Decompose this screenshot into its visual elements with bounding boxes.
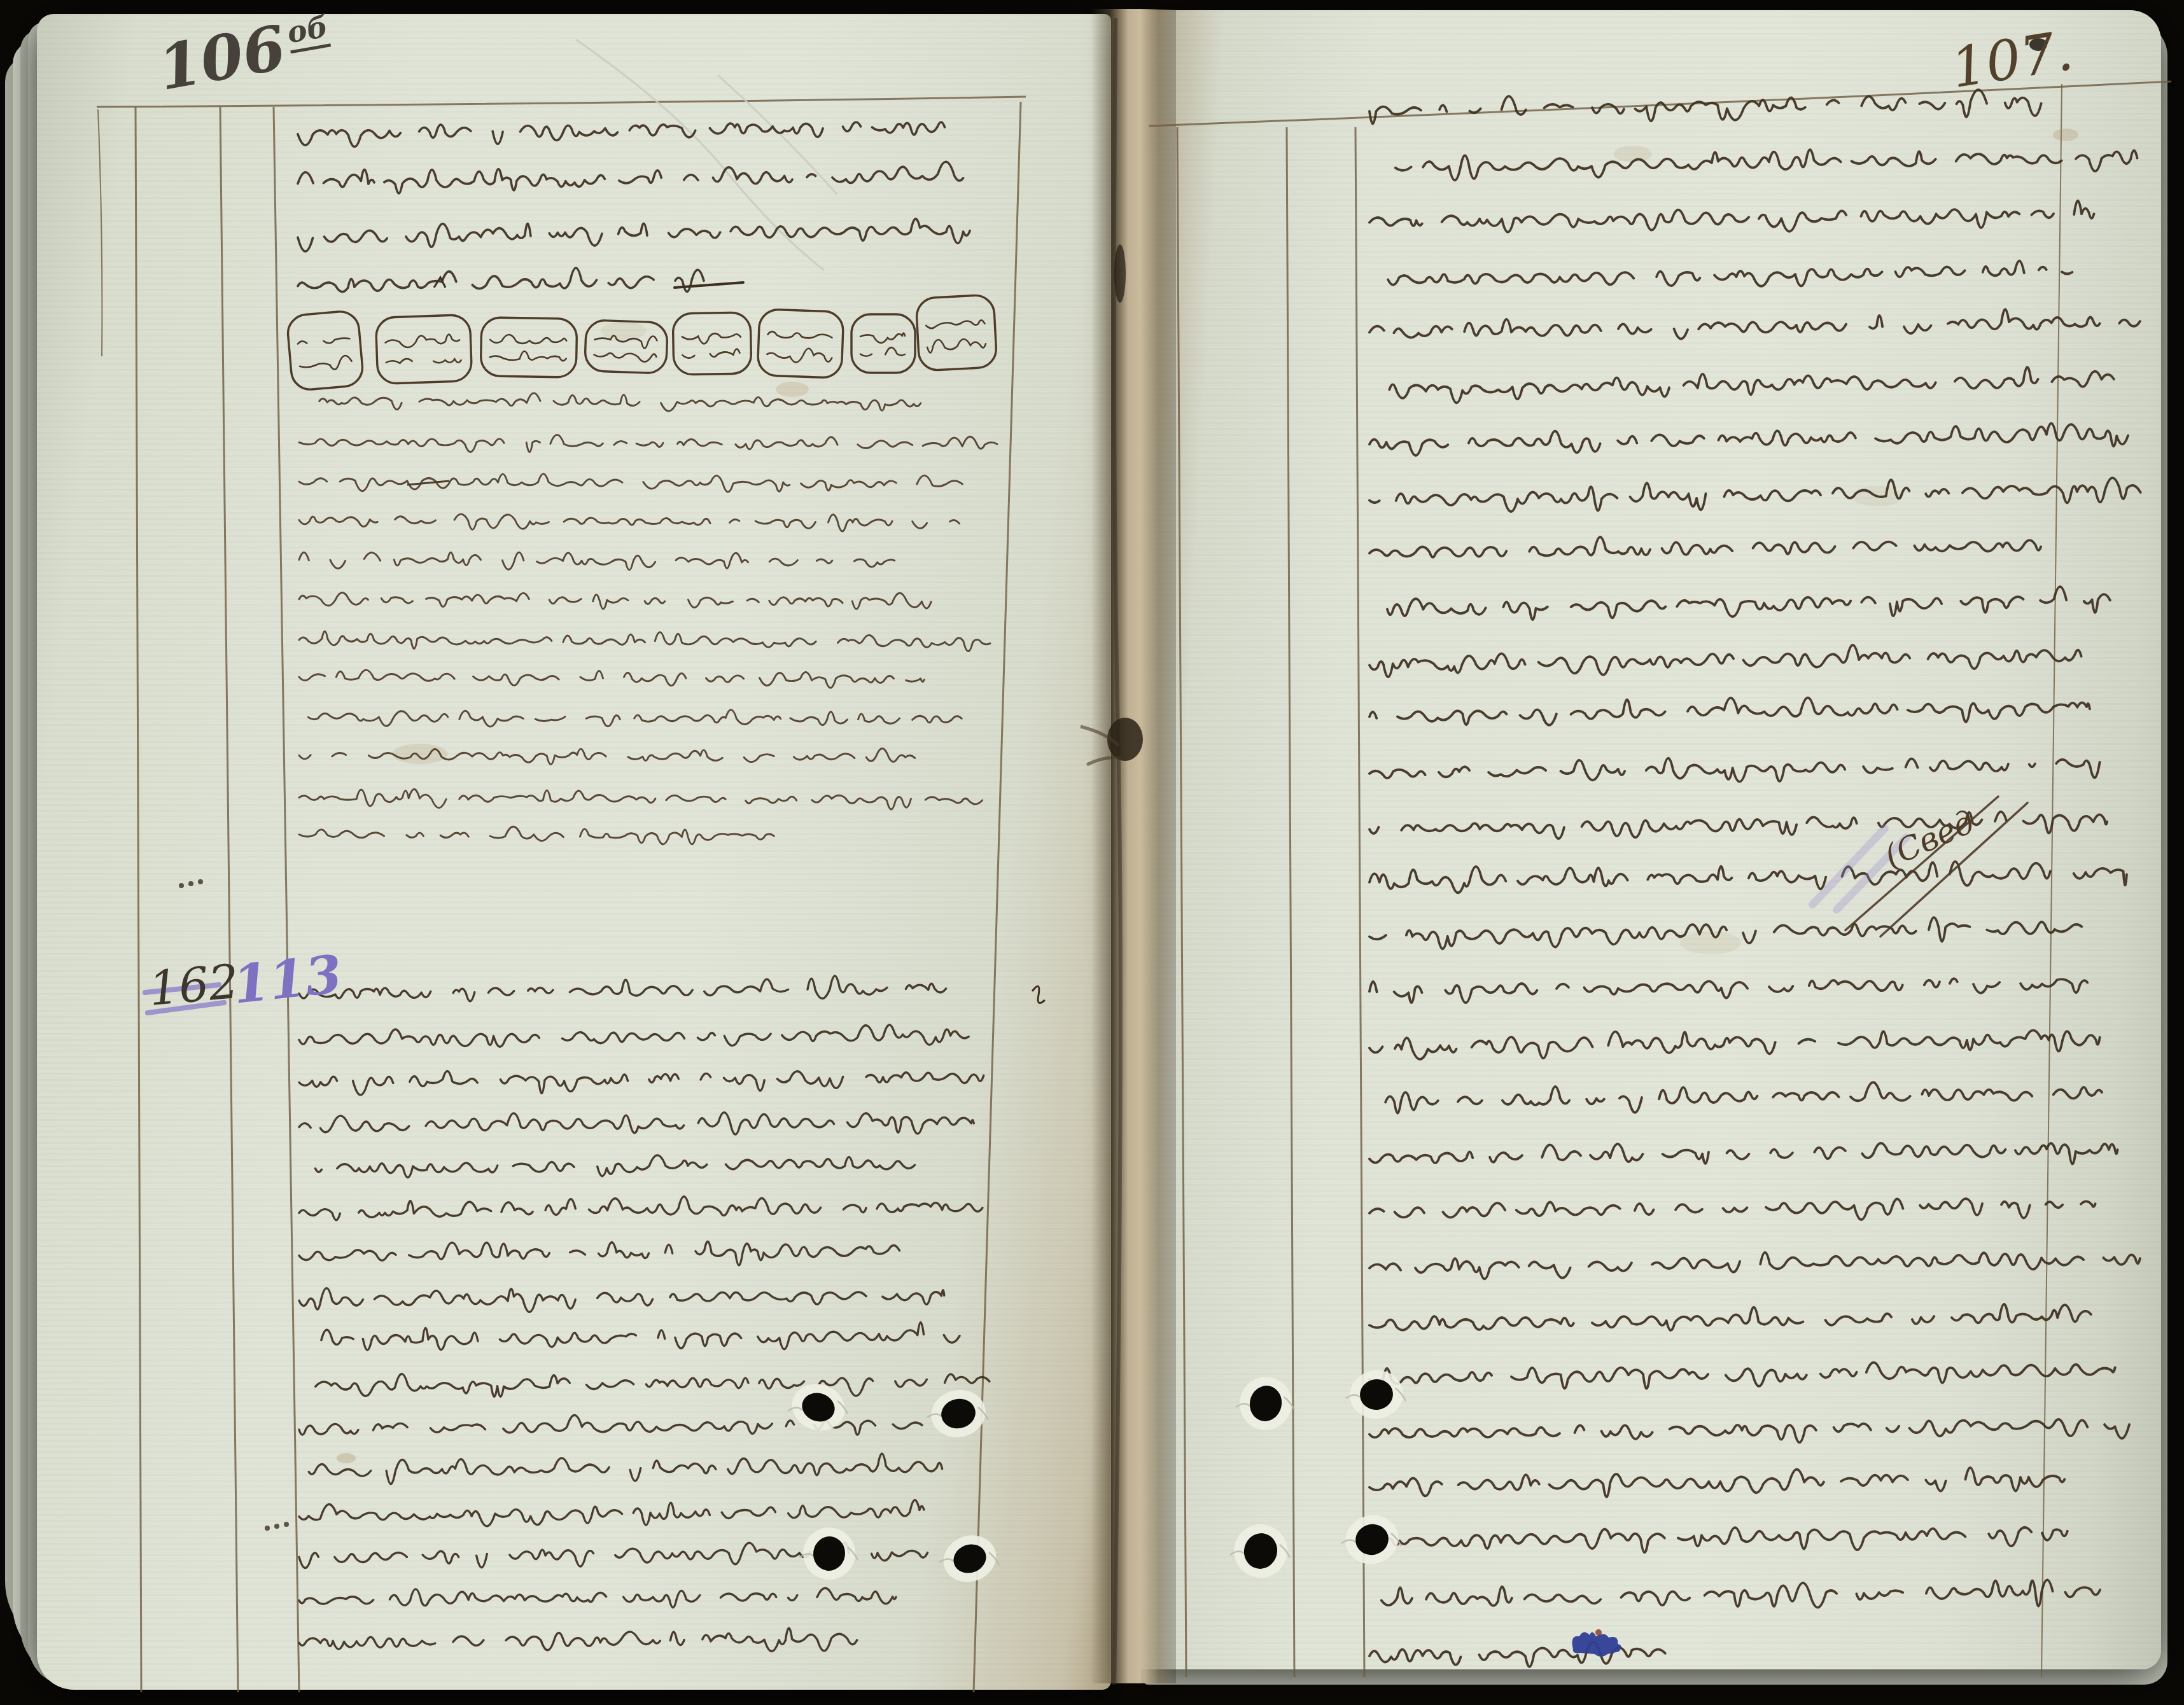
folio-suffix: об [284, 9, 331, 53]
archival-scan-background: { "scan": { "description": "Open bound m… [0, 0, 2184, 1705]
manuscript-ink-layer [0, 0, 2184, 1705]
entry-number-cancelled: 162 [147, 954, 241, 1017]
handwriting-left-georgian-top [298, 122, 970, 292]
entry-number-current: 113 [230, 943, 344, 1015]
handwriting-left-russian-attestation [299, 393, 997, 844]
handwriting-right-georgian-entry [1369, 90, 2141, 1667]
handwriting-left-georgian-entry [299, 976, 990, 1652]
